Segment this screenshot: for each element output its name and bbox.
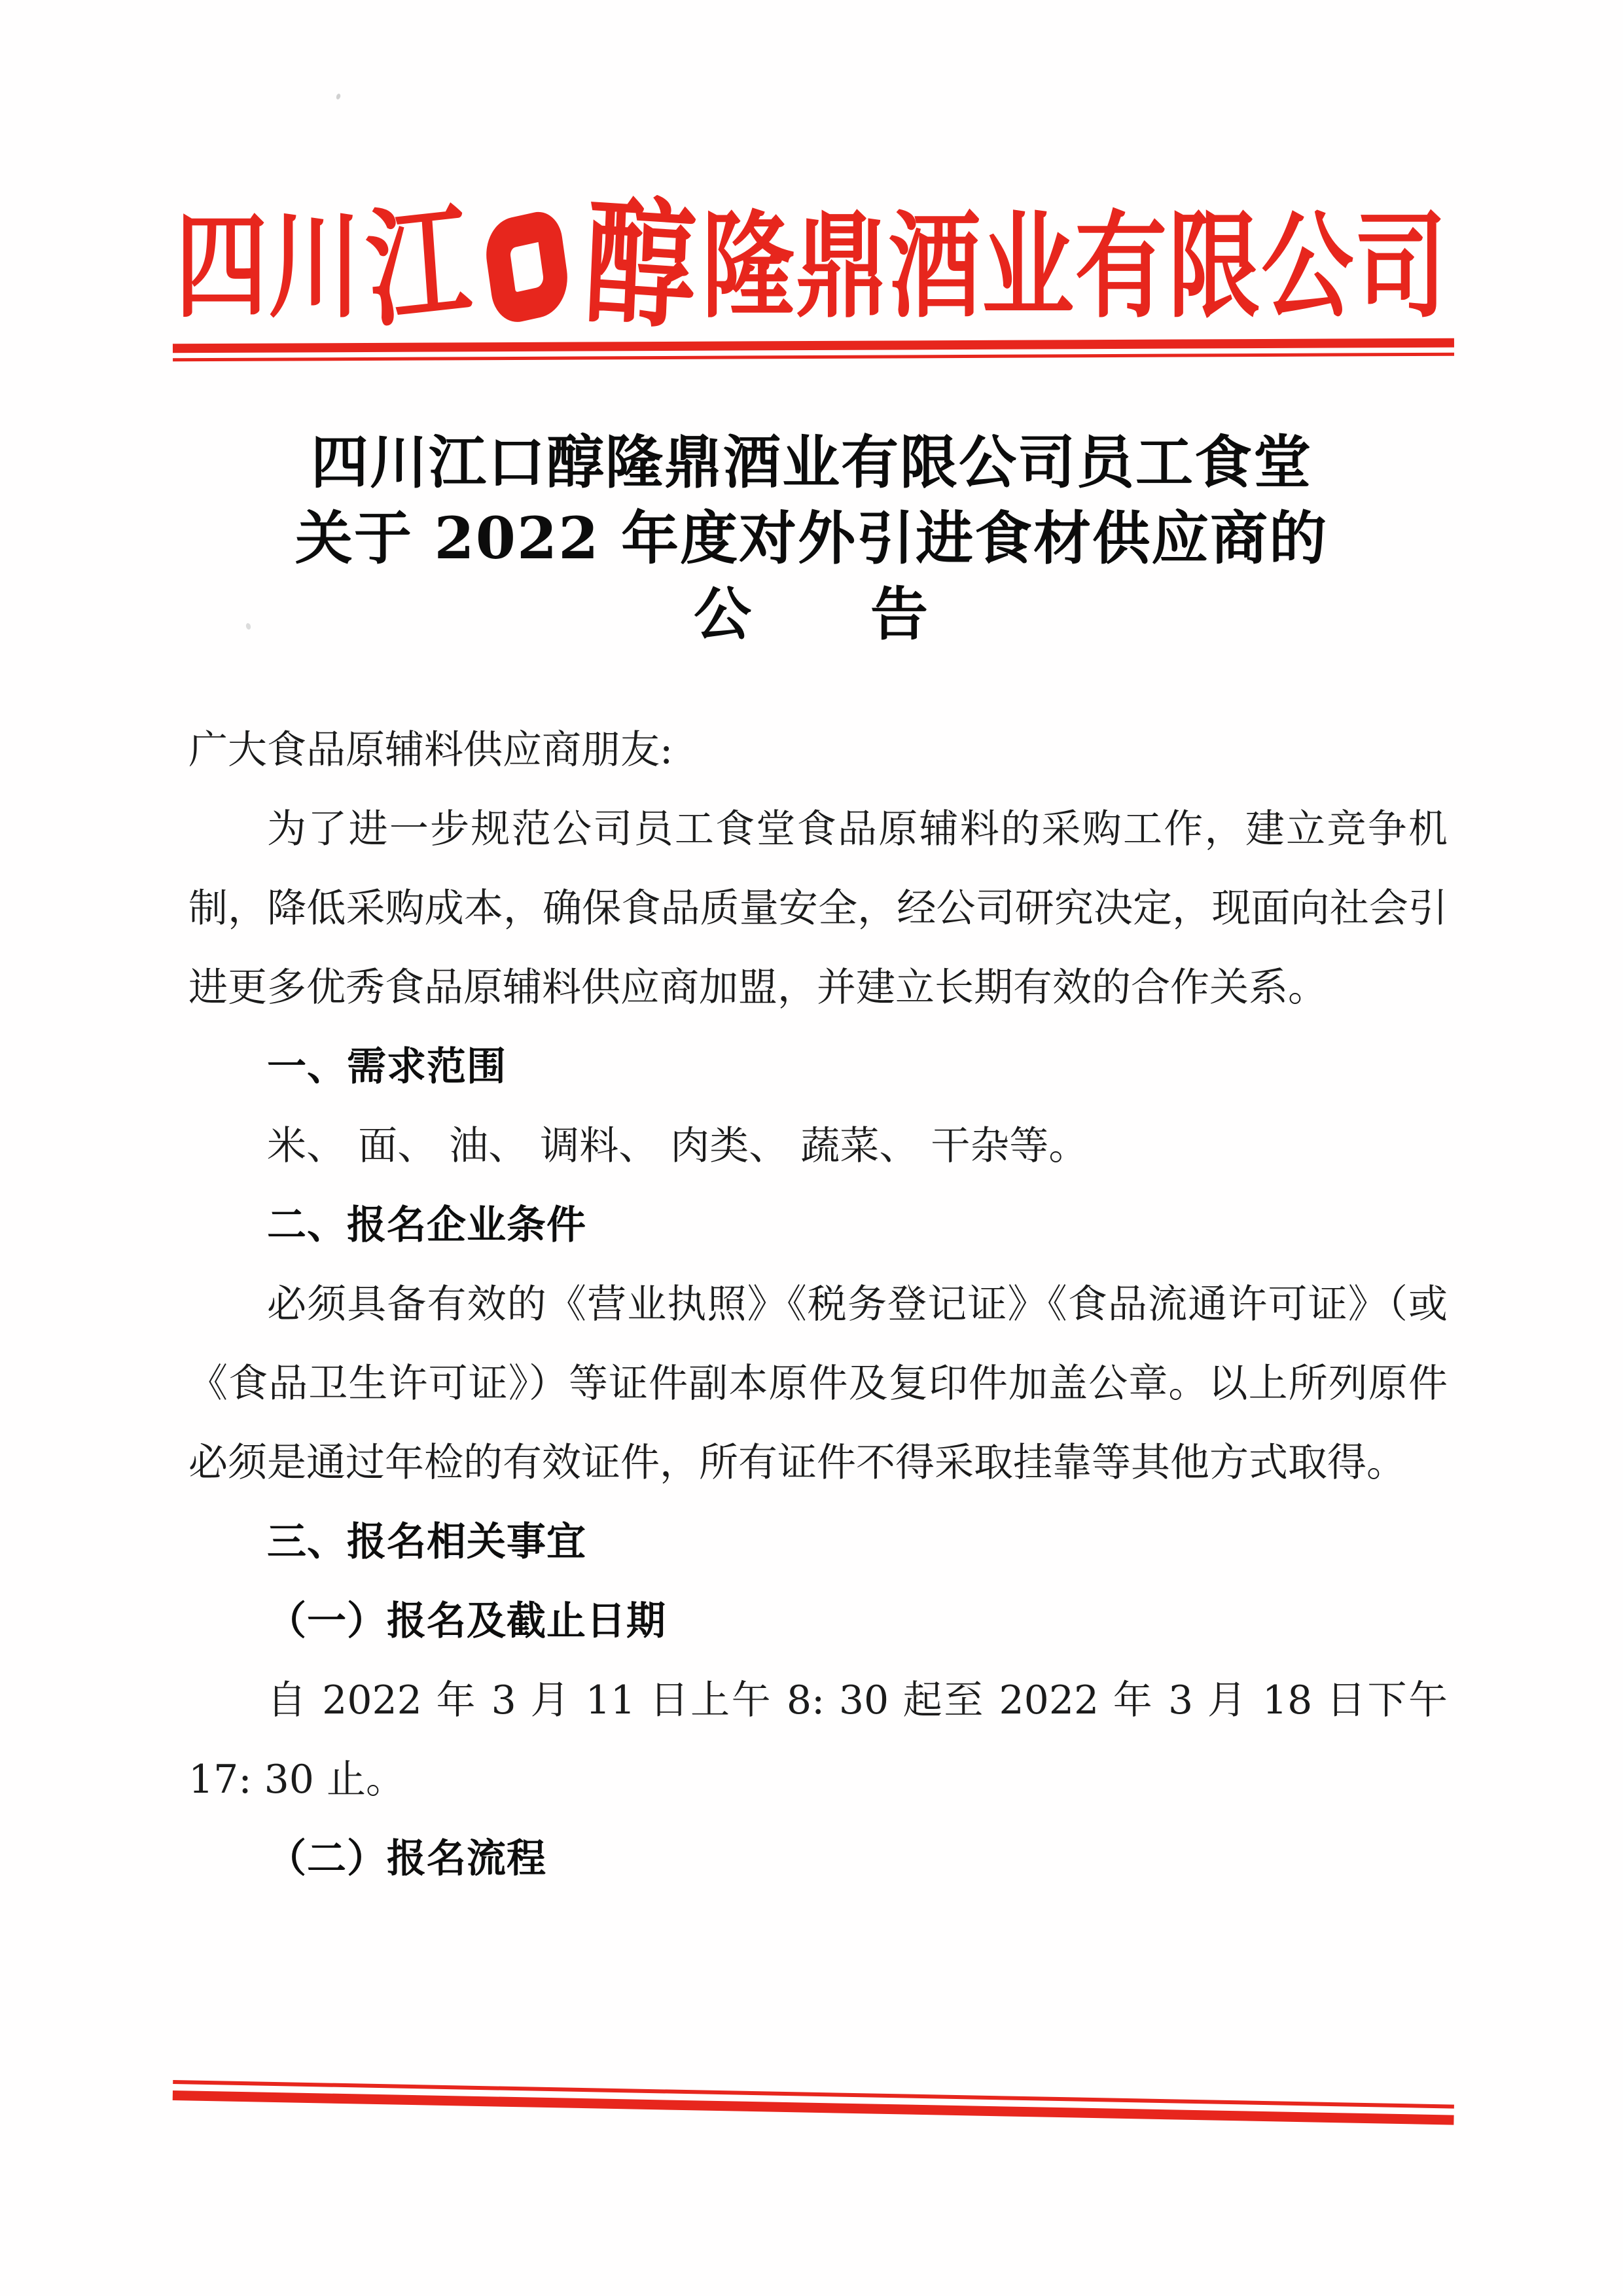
section-heading-3: 三、报名相关事宜 [188,1503,1448,1582]
subsection-heading-3-2: （二）报名流程 [188,1820,1448,1899]
scan-speck [336,93,342,100]
letterhead-suffix: 隆鼎酒业有限公司 [702,198,1448,334]
title-line-3: 公 告 [0,576,1623,652]
title-line-1: 四川江口醇隆鼎酒业有限公司员工食堂 [0,424,1623,500]
company-letterhead-text: 四川江醇隆鼎酒业有限公司 [175,191,1448,333]
document-body: 广大食品原辅料供应商朋友: 为了进一步规范公司员工食堂食品原辅料的采购工作，建立… [188,711,1448,1899]
paragraph-requirements: 必须具备有效的《营业执照》《税务登记证》《食品流通许可证》（或《食品卫生许可证》… [188,1265,1448,1503]
section-heading-1: 一、需求范围 [188,1028,1448,1107]
paragraph-scope: 米、 面、 油、 调料、 肉类、 蔬菜、 干杂等。 [188,1107,1448,1186]
kou-brush-logo-icon [482,207,573,327]
footer-divider [173,2080,1454,2125]
salutation: 广大食品原辅料供应商朋友: [188,711,1448,790]
letterhead-brush-chun: 醇 [583,194,700,336]
document-page: 四川江醇隆鼎酒业有限公司 四川江口醇隆鼎酒业有限公司员工食堂 关于 2022 年… [0,0,1623,2296]
paragraph-dates: 自 2022 年 3 月 11 日上午 8: 30 起至 2022 年 3 月 … [188,1661,1448,1820]
document-title: 四川江口醇隆鼎酒业有限公司员工食堂 关于 2022 年度对外引进食材供应商的 公… [0,424,1623,652]
section-heading-2: 二、报名企业条件 [188,1186,1448,1265]
subsection-heading-3-1: （一）报名及截止日期 [188,1582,1448,1661]
letterhead-brush-jiang: 江 [363,194,475,338]
paragraph-intro: 为了进一步规范公司员工食堂食品原辅料的采购工作，建立竞争机制，降低采购成本，确保… [188,790,1448,1028]
letterhead-prefix: 四川 [175,198,362,334]
title-line-2: 关于 2022 年度对外引进食材供应商的 [0,500,1623,576]
